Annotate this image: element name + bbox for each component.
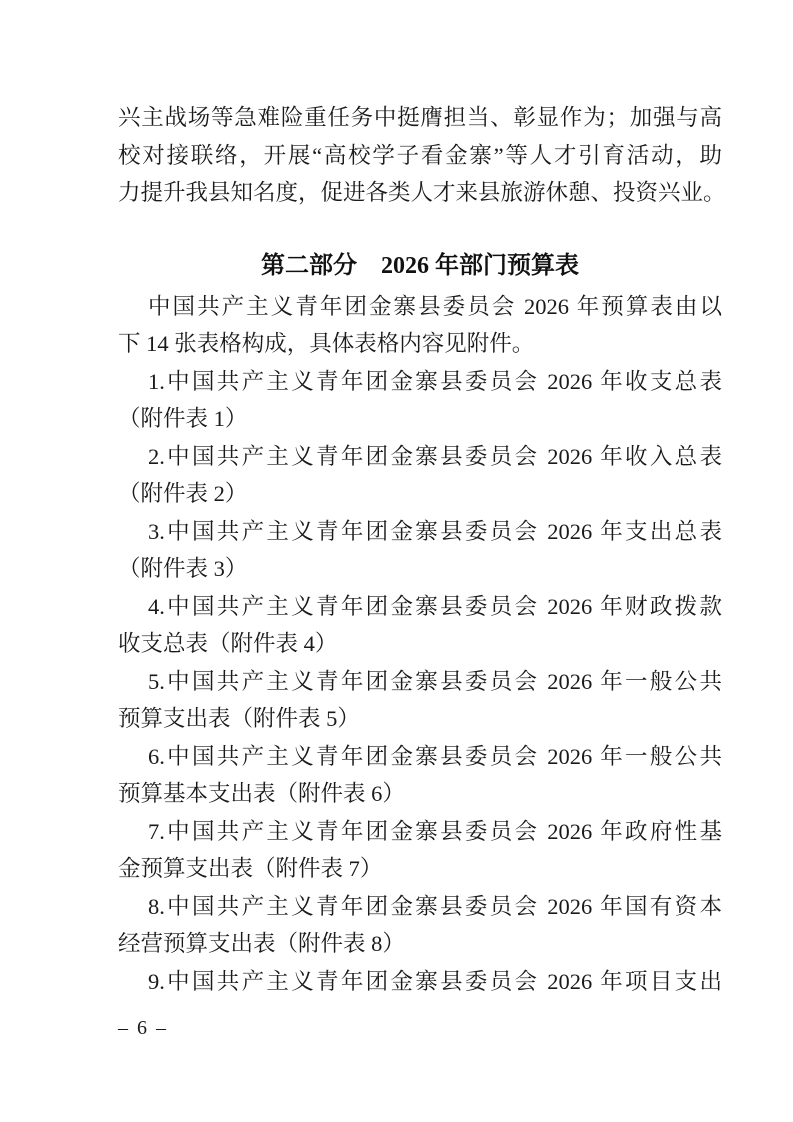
- page-number: – 6 –: [118, 1016, 168, 1040]
- text-line: 力提升我县知名度，促进各类人才来县旅游休憩、投资兴业。: [118, 174, 722, 212]
- text-line: （附件表 1）: [118, 400, 722, 438]
- list-item-6: 6.中国共产主义青年团金寨县委员会 2026 年一般公共 预算基本支出表（附件表…: [118, 738, 722, 813]
- text-line: 5.中国共产主义青年团金寨县委员会 2026 年一般公共: [118, 663, 722, 701]
- paragraph-continuation: 兴主战场等急难险重任务中挺膺担当、彰显作为；加强与高 校对接联络，开展“高校学子…: [118, 99, 722, 212]
- text-line: 9.中国共产主义青年团金寨县委员会 2026 年项目支出: [118, 963, 722, 1001]
- list-item-2: 2.中国共产主义青年团金寨县委员会 2026 年收入总表 （附件表 2）: [118, 438, 722, 513]
- text-line: 金预算支出表（附件表 7）: [118, 850, 722, 888]
- text-line: 下 14 张表格构成，具体表格内容见附件。: [118, 325, 722, 363]
- text-line: 7.中国共产主义青年团金寨县委员会 2026 年政府性基: [118, 813, 722, 851]
- page-content: 兴主战场等急难险重任务中挺膺担当、彰显作为；加强与高 校对接联络，开展“高校学子…: [118, 99, 722, 1000]
- text-line: 预算支出表（附件表 5）: [118, 700, 722, 738]
- text-line: 6.中国共产主义青年团金寨县委员会 2026 年一般公共: [118, 738, 722, 776]
- list-item-7: 7.中国共产主义青年团金寨县委员会 2026 年政府性基 金预算支出表（附件表 …: [118, 813, 722, 888]
- list-item-5: 5.中国共产主义青年团金寨县委员会 2026 年一般公共 预算支出表（附件表 5…: [118, 663, 722, 738]
- text-line: （附件表 3）: [118, 550, 722, 588]
- text-line: 兴主战场等急难险重任务中挺膺担当、彰显作为；加强与高: [118, 99, 722, 137]
- list-item-8: 8.中国共产主义青年团金寨县委员会 2026 年国有资本 经营预算支出表（附件表…: [118, 888, 722, 963]
- text-line: 8.中国共产主义青年团金寨县委员会 2026 年国有资本: [118, 888, 722, 926]
- document-page: 兴主战场等急难险重任务中挺膺担当、彰显作为；加强与高 校对接联络，开展“高校学子…: [0, 0, 793, 1122]
- text-line: 经营预算支出表（附件表 8）: [118, 925, 722, 963]
- text-line: 1.中国共产主义青年团金寨县委员会 2026 年收支总表: [118, 363, 722, 401]
- text-line: 2.中国共产主义青年团金寨县委员会 2026 年收入总表: [118, 438, 722, 476]
- text-line: 预算基本支出表（附件表 6）: [118, 775, 722, 813]
- section-heading: 第二部分 2026 年部门预算表: [118, 246, 722, 286]
- text-line: （附件表 2）: [118, 475, 722, 513]
- budget-table-list: 1.中国共产主义青年团金寨县委员会 2026 年收支总表 （附件表 1） 2.中…: [118, 363, 722, 1001]
- text-line: 4.中国共产主义青年团金寨县委员会 2026 年财政拨款: [118, 588, 722, 626]
- text-line: 3.中国共产主义青年团金寨县委员会 2026 年支出总表: [118, 513, 722, 551]
- text-line: 中国共产主义青年团金寨县委员会 2026 年预算表由以: [118, 288, 722, 326]
- intro-paragraph: 中国共产主义青年团金寨县委员会 2026 年预算表由以 下 14 张表格构成，具…: [118, 288, 722, 363]
- text-line: 收支总表（附件表 4）: [118, 625, 722, 663]
- text-line: 校对接联络，开展“高校学子看金寨”等人才引育活动，助: [118, 137, 722, 175]
- list-item-1: 1.中国共产主义青年团金寨县委员会 2026 年收支总表 （附件表 1）: [118, 363, 722, 438]
- list-item-3: 3.中国共产主义青年团金寨县委员会 2026 年支出总表 （附件表 3）: [118, 513, 722, 588]
- list-item-9: 9.中国共产主义青年团金寨县委员会 2026 年项目支出: [118, 963, 722, 1001]
- list-item-4: 4.中国共产主义青年团金寨县委员会 2026 年财政拨款 收支总表（附件表 4）: [118, 588, 722, 663]
